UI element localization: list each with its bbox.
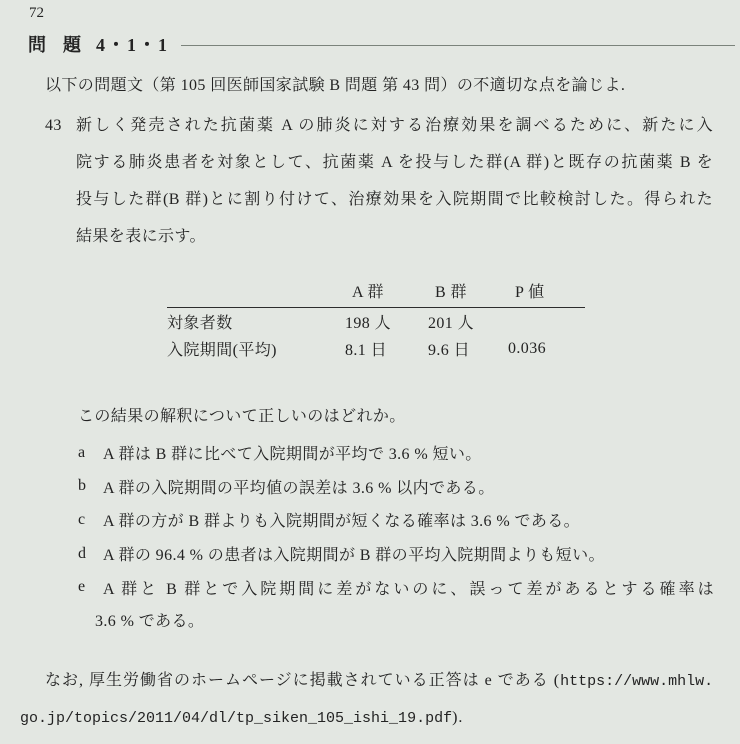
option-letter: e <box>78 578 103 596</box>
footnote: なお, 厚生労働省のホームページに掲載されている正答は e である (https… <box>20 663 726 737</box>
cell-group-b: 201 人 <box>428 310 508 333</box>
problem-line-2: 院する肺炎患者を対象として、抗菌薬 A を投与した群(A 群)と既存の抗菌薬 B… <box>76 144 713 181</box>
col-header-group-a: A 群 <box>345 279 428 302</box>
footnote-line-1: なお, 厚生労働省のホームページに掲載されている正答は e である (https… <box>20 663 726 700</box>
option-text: A 群の方が B 群よりも入院期間が短くなる確率は 3.6 % である。 <box>103 508 580 531</box>
option-text: A 群の 96.4 % の患者は入院期間が B 群の平均入院期間よりも短い。 <box>103 542 605 565</box>
heading-number: 4・1・1 <box>96 31 169 57</box>
table-row: 対象者数 198 人 201 人 <box>167 308 585 335</box>
option-letter: a <box>78 444 103 462</box>
footnote-text-end: ). <box>452 709 463 726</box>
options-list: a A 群は B 群に比べて入院期間が平均で 3.6 % 短い。 b A 群の入… <box>78 436 714 635</box>
row-label: 対象者数 <box>167 310 345 333</box>
col-header-group-b: B 群 <box>428 279 508 302</box>
table-header-row: A 群 B 群 P 値 <box>167 277 585 308</box>
problem-number: 43 <box>45 116 62 135</box>
section-heading: 問 題 4・1・1 <box>28 32 735 56</box>
footnote-url-part-1: https://www.mhlw. <box>560 673 713 690</box>
book-page: 72 問 題 4・1・1 以下の問題文（第 105 回医師国家試験 B 問題 第… <box>0 0 740 744</box>
problem-43: 43 新しく発売された抗菌薬 A の肺炎に対する治療効果を調べるために、新たに入… <box>76 107 713 255</box>
intro-text: 以下の問題文（第 105 回医師国家試験 B 問題 第 43 問）の不適切な点を… <box>45 74 625 98</box>
option-e: e A 群と B 群とで入院期間に差がないのに、誤って差があるとする確率は <box>78 570 714 604</box>
option-e-continuation: 3.6 % である。 <box>78 604 714 635</box>
col-header-p-value: P 値 <box>508 279 585 302</box>
footnote-url-part-2: go.jp/topics/2011/04/dl/tp_siken_105_ish… <box>20 710 452 727</box>
footnote-line-2: go.jp/topics/2011/04/dl/tp_siken_105_ish… <box>20 700 726 737</box>
row-label: 入院期間(平均) <box>167 337 345 360</box>
option-text: A 群は B 群に比べて入院期間が平均で 3.6 % 短い。 <box>103 441 482 464</box>
page-number: 72 <box>29 5 44 22</box>
option-b: b A 群の入院期間の平均値の誤差は 3.6 % 以内である。 <box>78 470 714 504</box>
option-letter: b <box>78 477 103 495</box>
option-text: A 群の入院期間の平均値の誤差は 3.6 % 以内である。 <box>103 475 495 498</box>
option-d: d A 群の 96.4 % の患者は入院期間が B 群の平均入院期間よりも短い。 <box>78 537 714 571</box>
option-a: a A 群は B 群に比べて入院期間が平均で 3.6 % 短い。 <box>78 436 714 470</box>
table-row: 入院期間(平均) 8.1 日 9.6 日 0.036 <box>167 335 585 362</box>
cell-group-b: 9.6 日 <box>428 337 508 360</box>
heading-label: 問 題 <box>28 31 82 57</box>
cell-group-a: 198 人 <box>345 310 428 333</box>
results-table: A 群 B 群 P 値 対象者数 198 人 201 人 入院期間(平均) 8.… <box>167 277 585 362</box>
problem-line-3: 投与した群(B 群)とに割り付けて、治療効果を入院期間で比較検討した。得られた <box>76 181 713 218</box>
option-letter: d <box>78 545 103 563</box>
question-text: この結果の解釈について正しいのはどれか。 <box>78 405 406 429</box>
footnote-text: なお, 厚生労働省のホームページに掲載されている正答は e である ( <box>45 672 560 689</box>
option-letter: c <box>78 511 103 529</box>
problem-line-1: 新しく発売された抗菌薬 A の肺炎に対する治療効果を調べるために、新たに入 <box>76 107 713 144</box>
option-text: A 群と B 群とで入院期間に差がないのに、誤って差があるとする確率は <box>103 576 714 599</box>
cell-group-a: 8.1 日 <box>345 337 428 360</box>
cell-p-value: 0.036 <box>508 340 585 358</box>
option-c: c A 群の方が B 群よりも入院期間が短くなる確率は 3.6 % である。 <box>78 503 714 537</box>
heading-rule <box>181 45 735 46</box>
problem-line-4: 結果を表に示す。 <box>76 218 713 255</box>
